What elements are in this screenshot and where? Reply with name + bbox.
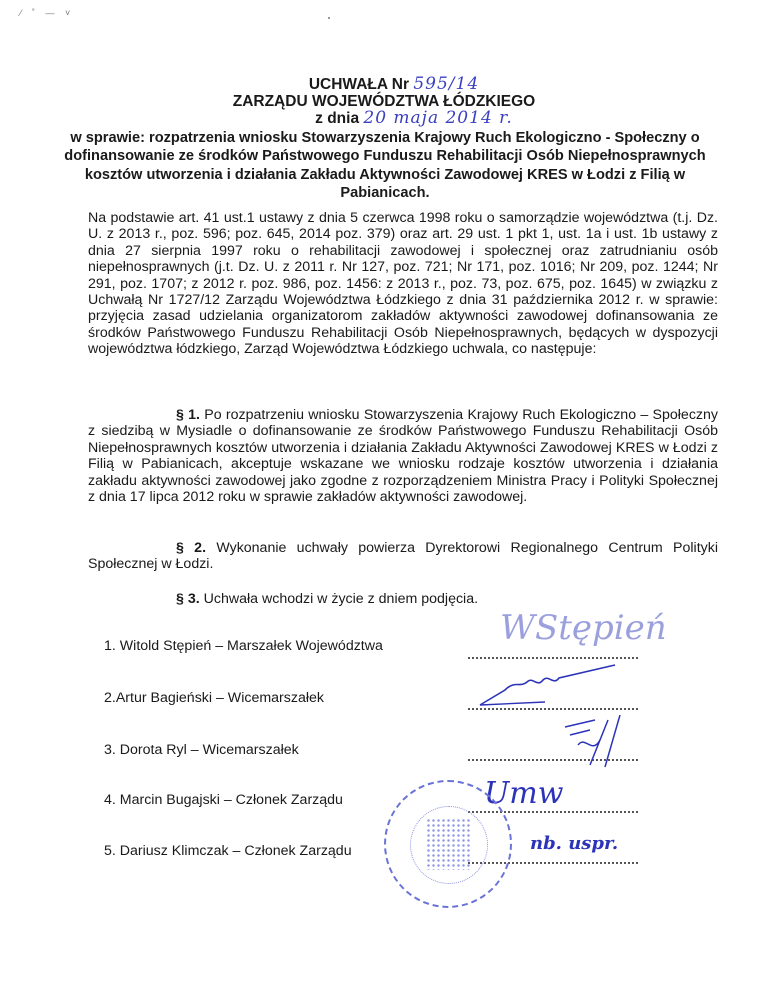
date-handwritten: 20 maja 2014 r. (363, 108, 512, 128)
section-2-label: § 2. (176, 540, 206, 556)
section-1-label: § 1. (176, 407, 200, 423)
signature-1-stepien: WStępień (500, 608, 667, 648)
date-prefix: z dnia (315, 110, 359, 127)
resolution-number-handwritten: 595/14 (413, 74, 479, 94)
eagle-emblem-icon (426, 818, 472, 870)
signature-3-ryl (560, 715, 630, 770)
preamble: Na podstawie art. 41 ust.1 ustawy z dnia… (88, 210, 718, 390)
section-3: § 3. Uchwała wchodzi w życie z dniem pod… (88, 591, 718, 607)
resolution-subject: w sprawie: rozpatrzenia wniosku Stowarzy… (40, 129, 730, 202)
signature-line-1 (468, 657, 638, 659)
section-2: § 2. Wykonanie uchwały powierza Dyrektor… (88, 540, 718, 573)
signatory-4: 4. Marcin Bugajski – Członek Zarządu (104, 792, 343, 808)
signatory-1: 1. Witold Stępień – Marszałek Województw… (104, 638, 383, 654)
scan-artifacts: ⁄ ˚ — ˅ (20, 8, 74, 18)
section-1: § 1. Po rozpatrzeniu wniosku Stowarzysze… (88, 407, 718, 505)
signature-2-bagienski (475, 660, 625, 710)
signatory-2: 2.Artur Bagieński – Wicemarszałek (104, 690, 324, 706)
scan-dot (328, 17, 330, 19)
title-prefix: UCHWAŁA Nr (309, 76, 409, 93)
signature-5-klimczak: nb. uspr. (530, 833, 618, 854)
section-3-label: § 3. (176, 591, 200, 607)
resolution-title: UCHWAŁA Nr 595/14 ZARZĄDU WOJEWÓDZTWA ŁÓ… (0, 76, 768, 127)
signatory-5: 5. Dariusz Klimczak – Członek Zarządu (104, 843, 352, 859)
official-stamp (384, 780, 512, 908)
section-3-text: Uchwała wchodzi w życie z dniem podjęcia… (204, 591, 478, 607)
signatory-3: 3. Dorota Ryl – Wicemarszałek (104, 742, 299, 758)
